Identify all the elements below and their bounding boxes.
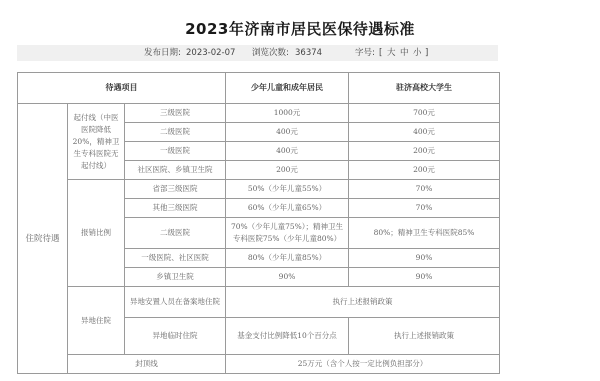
level-cell: 一级医院、社区医院 (125, 249, 226, 268)
deductible-label: 起付线（中医医院降低20%，精神卫生专科医院无起付线） (68, 104, 125, 180)
publish-date-label: 发布日期: (144, 45, 181, 61)
residents-cell: 400元 (226, 123, 349, 142)
page-title: 2023年济南市居民医保待遇标准 (0, 18, 600, 39)
cap-value: 25万元（含个人按一定比例负担部分） (226, 355, 500, 374)
table-row: 封顶线 25万元（含个人按一定比例负担部分） (18, 355, 500, 374)
views-label: 浏览次数: (252, 45, 289, 61)
font-size-large-link[interactable]: 大 (387, 45, 396, 61)
residents-cell: 基金支付比例降低10个百分点 (226, 318, 349, 355)
level-cell: 二级医院 (125, 123, 226, 142)
font-size-medium-link[interactable]: 中 (400, 45, 409, 61)
cap-label: 封顶线 (68, 355, 226, 374)
students-cell: 90% (349, 249, 500, 268)
residents-cell: 60%（少年儿童65%） (226, 199, 349, 218)
table-row: 异地住院 异地安置人员在备案地住院 执行上述报销政策 (18, 287, 500, 318)
reimbursement-label: 报销比例 (68, 180, 125, 287)
residents-cell: 80%（少年儿童85%） (226, 249, 349, 268)
residents-cell: 90% (226, 268, 349, 287)
students-cell: 80%；精神卫生专科医院85% (349, 218, 500, 249)
main-category: 住院待遇 (18, 104, 68, 374)
article-meta-bar: 发布日期: 2023-02-07 浏览次数: 36374 字号: [ 大 中 小… (17, 45, 498, 61)
header-students: 驻济高校大学生 (349, 73, 500, 104)
residents-cell: 1000元 (226, 104, 349, 123)
residents-cell: 50%（少年儿童55%） (226, 180, 349, 199)
level-cell: 一级医院 (125, 142, 226, 161)
font-size-label: 字号: (355, 45, 375, 61)
level-cell: 其他三级医院 (125, 199, 226, 218)
font-size-small-link[interactable]: 小 (413, 45, 422, 61)
students-cell: 执行上述报销政策 (349, 318, 500, 355)
students-cell: 200元 (349, 142, 500, 161)
bracket-close: ] (425, 45, 428, 61)
students-cell: 70% (349, 180, 500, 199)
residents-cell: 200元 (226, 161, 349, 180)
table-row: 报销比例 省部三级医院 50%（少年儿童55%） 70% (18, 180, 500, 199)
header-item: 待遇项目 (18, 73, 226, 104)
level-cell: 社区医院、乡镇卫生院 (125, 161, 226, 180)
header-residents: 少年儿童和成年居民 (226, 73, 349, 104)
bracket-open: [ (379, 45, 382, 61)
views-count: 36374 (295, 45, 322, 61)
students-cell: 700元 (349, 104, 500, 123)
benefits-table: 待遇项目 少年儿童和成年居民 驻济高校大学生 住院待遇 起付线（中医医院降低20… (17, 72, 500, 374)
remote-label: 异地住院 (68, 287, 125, 355)
table-row: 住院待遇 起付线（中医医院降低20%，精神卫生专科医院无起付线） 三级医院 10… (18, 104, 500, 123)
level-cell: 乡镇卫生院 (125, 268, 226, 287)
table-header-row: 待遇项目 少年儿童和成年居民 驻济高校大学生 (18, 73, 500, 104)
level-cell: 异地安置人员在备案地住院 (125, 287, 226, 318)
residents-cell: 400元 (226, 142, 349, 161)
students-cell: 200元 (349, 161, 500, 180)
publish-date: 2023-02-07 (186, 45, 235, 61)
students-cell: 400元 (349, 123, 500, 142)
level-cell: 省部三级医院 (125, 180, 226, 199)
level-cell: 三级医院 (125, 104, 226, 123)
level-cell: 异地临时住院 (125, 318, 226, 355)
merged-policy-cell: 执行上述报销政策 (226, 287, 500, 318)
students-cell: 90% (349, 268, 500, 287)
residents-cell: 70%（少年儿童75%）；精神卫生专科医院75%（少年儿童80%） (226, 218, 349, 249)
students-cell: 70% (349, 199, 500, 218)
level-cell: 二级医院 (125, 218, 226, 249)
